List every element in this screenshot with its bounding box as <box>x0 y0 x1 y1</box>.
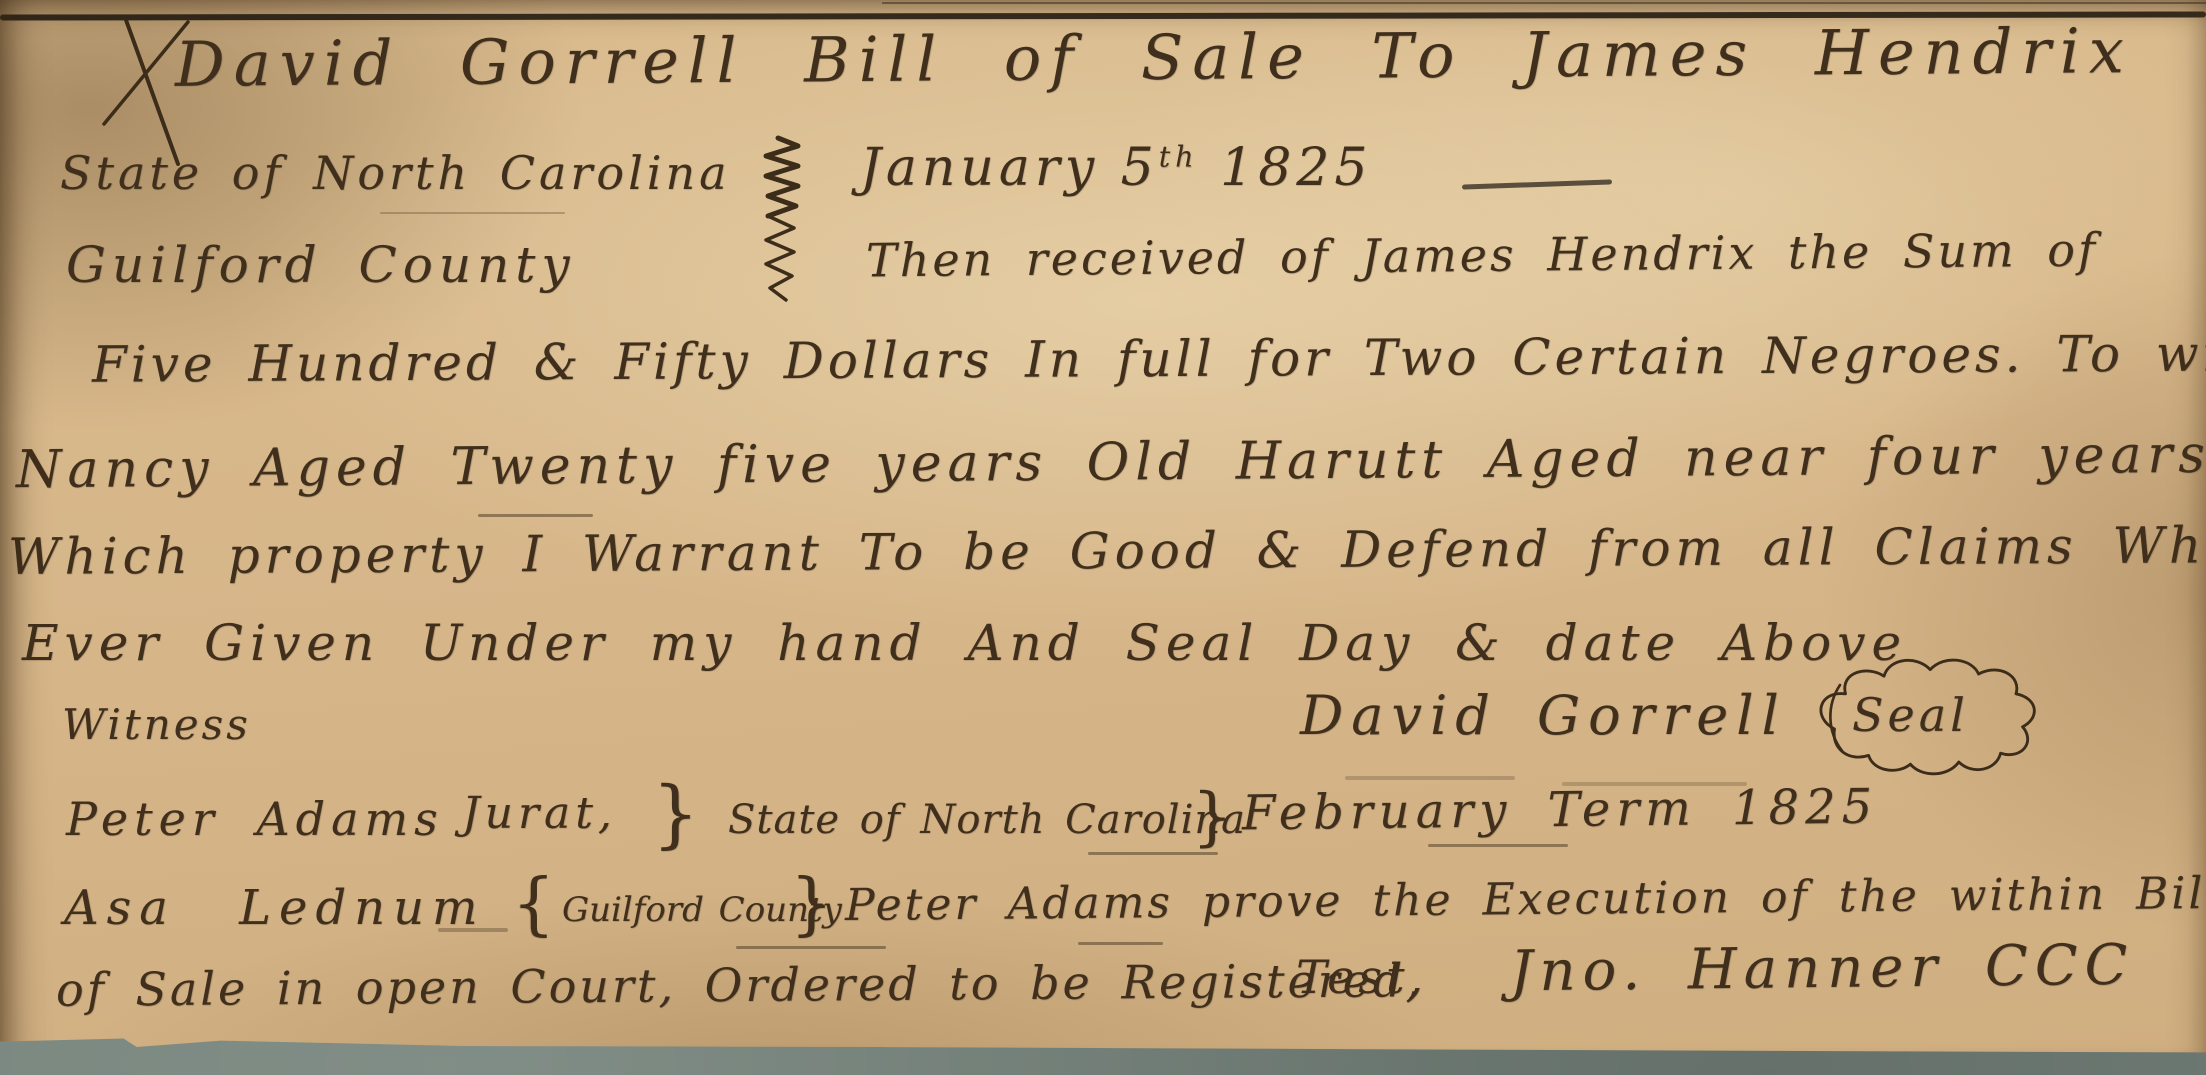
ink-stroke <box>1088 852 1218 855</box>
attest-order-line: of Sale in open Court, Ordered to be Reg… <box>56 955 1423 1015</box>
body-names-line: Nancy Aged Twenty five years Old Harutt … <box>16 426 2206 500</box>
heading-date: January 5th 1825 <box>860 140 1372 197</box>
attest-term: February Term 1825 <box>1242 781 1879 840</box>
ink-stroke <box>380 212 565 214</box>
witness-label: Witness <box>62 702 251 748</box>
attest-proof-line: Peter Adams prove the Execution of the w… <box>845 870 2206 930</box>
attest-brace: } <box>790 868 833 943</box>
ink-stroke <box>1428 844 1568 847</box>
attest-witness2: Asa Lednum <box>64 882 486 935</box>
attest-brace: } <box>1192 782 1233 852</box>
heading-state: State of North Carolina <box>60 148 731 199</box>
body-received-line: Then received of James Hendrix the Sum o… <box>866 225 2098 286</box>
attest-jurat-label: Jurat, <box>462 790 617 838</box>
date-ordinal: th <box>1159 140 1199 174</box>
attest-witness1: Peter Adams <box>66 794 444 845</box>
ink-stroke <box>478 514 593 517</box>
attest-state: State of North Carolina <box>728 798 1246 842</box>
body-amount-line: Five Hundred & Fifty Dollars In full for… <box>92 326 2206 392</box>
signature-underline <box>1345 776 1515 780</box>
date-year: 1825 <box>1220 138 1372 198</box>
attest-test-label: Test, <box>1296 952 1427 1003</box>
seal-label: Seal <box>1852 690 1969 741</box>
date-month-day: January 5 <box>860 138 1159 198</box>
top-rule-faint <box>882 2 2206 4</box>
brace-squiggle-icon <box>752 136 804 306</box>
attest-brace: } <box>652 774 699 855</box>
signature-name: David Gorrell <box>1300 686 1787 745</box>
ink-stroke <box>438 928 508 932</box>
document-title: David Gorrell Bill of Sale To James Hend… <box>175 17 2133 99</box>
ink-stroke <box>1078 942 1163 945</box>
body-closing-line: Ever Given Under my hand And Seal Day & … <box>22 616 1907 671</box>
document-paper: David Gorrell Bill of Sale To James Hend… <box>0 0 2206 1075</box>
body-warrant-line: Which property I Warrant To be Good & De… <box>8 518 2206 585</box>
clerk-signature: Jno. Hanner CCC <box>1510 935 2135 1003</box>
heading-county: Guilford County <box>66 238 576 293</box>
ink-stroke <box>736 946 886 949</box>
date-dash <box>1462 179 1612 189</box>
attest-brace: } <box>512 868 555 943</box>
